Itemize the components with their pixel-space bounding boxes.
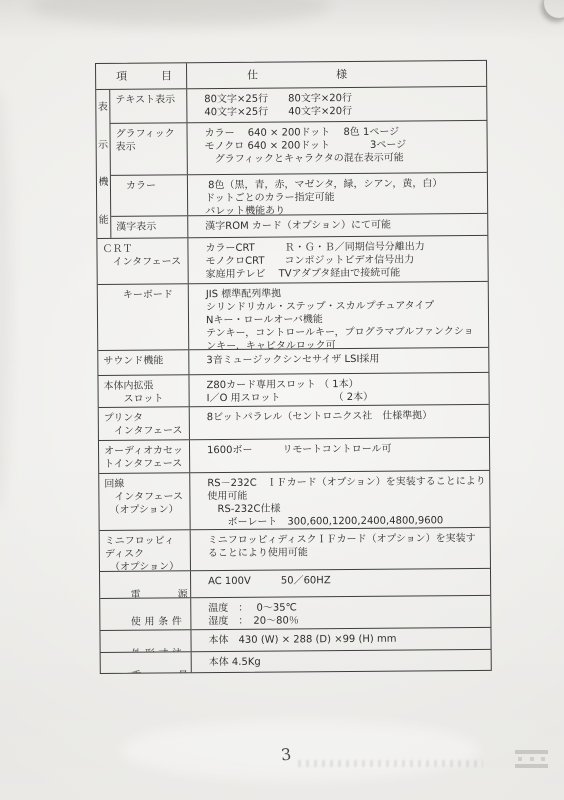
stamp-marks bbox=[515, 757, 548, 761]
header-item-cell: 項目 bbox=[96, 63, 187, 89]
scan-smudge bbox=[0, 90, 12, 510]
print-through-artifact bbox=[298, 760, 483, 767]
display-group-label: 表示機能 bbox=[96, 90, 110, 238]
row-crt-interface-spec: カラーCRT Ｒ・Ｇ・Ｂ／同期信号分離出力 モノクロCRT コンポジットビデオ信… bbox=[188, 236, 487, 283]
row-text-display: テキスト表示 80文字×25行 80文字×20行 40文字×25行 40文字×2… bbox=[110, 87, 486, 123]
row-operating-conditions-label: 使用条件 bbox=[100, 598, 191, 630]
scan-smudge bbox=[120, 720, 480, 780]
row-graphic-display-spec: カラー 640 × 200ドット 8色 1ページ モノクロ 640 × 200ド… bbox=[187, 121, 486, 174]
row-weight-spec: 本体 4.5Kg bbox=[192, 650, 491, 672]
scanned-document-page: 項目 仕様 表示機能 テキスト表示 80文字×25行 80文字×20行 40文字… bbox=[0, 0, 564, 800]
row-audio-cassette-interface: オーディオカセッ トインタフェース 1600ボー リモートコントロール可 bbox=[99, 437, 489, 473]
page-corner-curl bbox=[544, 0, 564, 18]
row-dimensions-spec: 本体 430 (W) × 288 (D) ×99 (H) mm bbox=[191, 628, 490, 651]
row-kanji-display: 漢字表示 漢字ROM カード（オプション）にて可能 bbox=[111, 213, 487, 238]
row-kanji-display-spec: 漢字ROM カード（オプション）にて可能 bbox=[188, 214, 487, 237]
row-graphic-display-label: グラフィック 表示 bbox=[110, 123, 187, 175]
row-line-interface-spec: RS－232C ＩＦカード（オプション）を実装することにより 使用可能 RS-2… bbox=[190, 471, 489, 529]
row-power-spec: AC 100V 50／60HZ bbox=[191, 569, 490, 597]
stamp bbox=[515, 750, 548, 768]
row-mini-floppy-disk: ミニフロッピィ ディスク （オプション） ミニフロッピィディスクＩＦカード（オプ… bbox=[100, 527, 490, 571]
stamp-bar bbox=[515, 764, 548, 768]
row-mini-floppy-disk-label: ミニフロッピィ ディスク （オプション） bbox=[100, 530, 191, 571]
row-weight-label-text: 重量 bbox=[131, 669, 188, 673]
row-expansion-slot-label: 本体内拡張 スロット bbox=[98, 375, 189, 407]
display-function-group: 表示機能 テキスト表示 80文字×25行 80文字×20行 40文字×25行 4… bbox=[96, 86, 487, 238]
page-number: 3 bbox=[280, 745, 292, 765]
header-item-label: 項目 bbox=[116, 69, 172, 82]
row-operating-conditions-label-text: 使用条件 bbox=[131, 615, 182, 628]
row-printer-interface-spec: 8ビットパラレル（セントロニクス社 仕様準拠） bbox=[190, 405, 489, 439]
row-expansion-slot: 本体内拡張 スロット Z80カード専用スロット （ 1本） I／O 用スロット … bbox=[98, 372, 488, 407]
row-line-interface-label: 回線 インタフェース （オプション） bbox=[99, 473, 190, 530]
row-sound-spec: 3音ミュージックシンセサイザ LSI採用 bbox=[189, 348, 488, 374]
header-spec-cell: 仕様 bbox=[187, 61, 486, 88]
row-line-interface: 回線 インタフェース （オプション） RS－232C ＩＦカード（オプション）を… bbox=[99, 470, 489, 530]
table-header-row: 項目 仕様 bbox=[96, 61, 486, 89]
row-keyboard-label: キーボード bbox=[98, 284, 190, 350]
row-keyboard-spec: JIS 標準配列準拠 シリンドリカル・ステップ・スカルプチュアタイプ Nキー・ロ… bbox=[189, 282, 489, 349]
row-text-display-label: テキスト表示 bbox=[110, 89, 187, 123]
row-power-label: 電源 bbox=[100, 571, 191, 598]
row-audio-cassette-interface-spec: 1600ボー リモートコントロール可 bbox=[190, 438, 489, 472]
row-operating-conditions: 使用条件 温度 ： 0～35℃ 湿度 ： 20～80％ bbox=[100, 595, 490, 630]
row-crt-interface: ＣＲＴ インタフェース カラーCRT Ｒ・Ｇ・Ｂ／同期信号分離出力 モノクロCR… bbox=[97, 235, 487, 284]
row-weight: 重量 本体 4.5Kg bbox=[101, 649, 491, 673]
row-crt-interface-label: ＣＲＴ インタフェース bbox=[97, 238, 188, 284]
row-sound-label: サウンド機能 bbox=[98, 350, 189, 375]
scan-smudge bbox=[30, 0, 330, 26]
row-mini-floppy-disk-spec: ミニフロッピィディスクＩＦカード（オプション）を実装す ることにより使用可能 bbox=[191, 528, 490, 570]
row-printer-interface-label: プリンタ インタフェース bbox=[99, 407, 190, 440]
row-color: カラー 8色（黒，青，赤，マゼンタ，緑，シアン，黄，白） ドットごとのカラー指定… bbox=[111, 172, 487, 216]
display-group-label-cell: 表示機能 bbox=[96, 90, 111, 238]
row-printer-interface: プリンタ インタフェース 8ビットパラレル（セントロニクス社 仕様準拠） bbox=[99, 404, 489, 440]
row-sound: サウンド機能 3音ミュージックシンセサイザ LSI採用 bbox=[98, 347, 488, 375]
row-keyboard: キーボード JIS 標準配列準拠 シリンドリカル・ステップ・スカルプチュアタイプ… bbox=[98, 281, 489, 350]
row-audio-cassette-interface-label: オーディオカセッ トインタフェース bbox=[99, 440, 190, 473]
row-kanji-display-label: 漢字表示 bbox=[111, 216, 188, 238]
row-dimensions: 外形寸法 本体 430 (W) × 288 (D) ×99 (H) mm bbox=[100, 627, 490, 652]
row-expansion-slot-spec: Z80カード専用スロット （ 1本） I／O 用スロット （ 2本） bbox=[189, 373, 488, 406]
row-text-display-spec: 80文字×25行 80文字×20行 40文字×25行 40文字×20行 bbox=[187, 87, 486, 122]
spec-table: 項目 仕様 表示機能 テキスト表示 80文字×25行 80文字×20行 40文字… bbox=[95, 60, 492, 674]
row-dimensions-label: 外形寸法 bbox=[100, 630, 191, 652]
stamp-bar bbox=[515, 750, 548, 754]
display-group-rows: テキスト表示 80文字×25行 80文字×20行 40文字×25行 40文字×2… bbox=[110, 87, 487, 238]
row-weight-label: 重量 bbox=[101, 652, 192, 673]
row-graphic-display: グラフィック 表示 カラー 640 × 200ドット 8色 1ページ モノクロ … bbox=[110, 120, 486, 175]
row-color-label: カラー bbox=[111, 175, 188, 216]
header-spec-label: 仕様 bbox=[247, 68, 347, 82]
row-power: 電源 AC 100V 50／60HZ bbox=[100, 568, 490, 598]
row-operating-conditions-spec: 温度 ： 0～35℃ 湿度 ： 20～80％ bbox=[191, 596, 490, 629]
row-color-spec: 8色（黒，青，赤，マゼンタ，緑，シアン，黄，白） ドットごとのカラー指定可能 パ… bbox=[188, 173, 487, 215]
